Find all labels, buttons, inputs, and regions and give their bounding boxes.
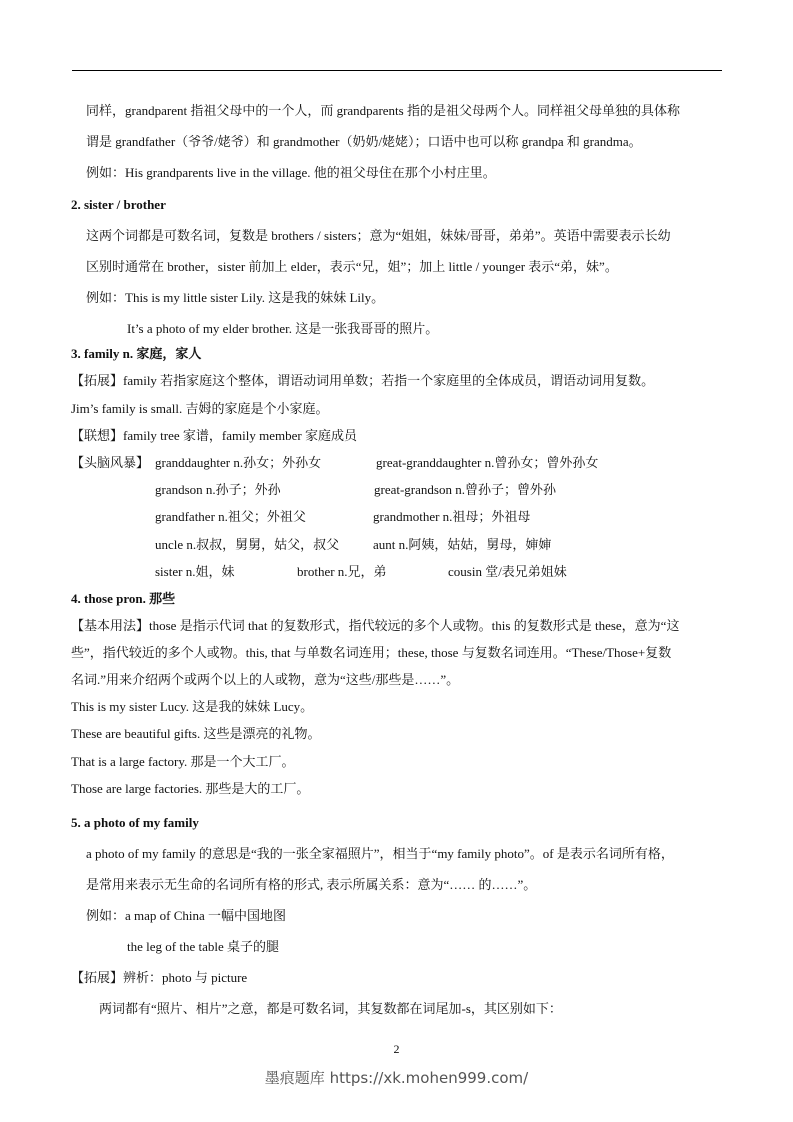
section-3-example: Jim’s family is small. 吉姆的家庭是个小家庭。: [71, 401, 328, 417]
watermark: 墨痕题库 https://xk.mohen999.com/: [0, 1067, 793, 1088]
section-5-line-3: 两词都有“照片、相片”之意，都是可数名词，其复数都在词尾加-s，其区别如下：: [99, 1001, 562, 1017]
brainstorm-item: grandson n.孙子；外孙: [155, 482, 281, 498]
brainstorm-item: aunt n.阿姨，姑姑，舅母，婶婶: [373, 537, 551, 553]
section-4-line-1: 【基本用法】those 是指示代词 that 的复数形式，指代较远的多个人或物。…: [71, 618, 679, 634]
section-4-heading: 4. those pron. 那些: [71, 591, 175, 607]
header-rule: [72, 70, 722, 71]
section-4-example: That is a large factory. 那是一个大工厂。: [71, 754, 294, 770]
intro-line-1: 同样，grandparent 指祖父母中的一个人，而 grandparents …: [86, 103, 680, 119]
brainstorm-item: cousin 堂/表兄弟姐妹: [448, 564, 567, 580]
section-2-example-1: 例如：This is my little sister Lily. 这是我的妹妹…: [86, 290, 384, 306]
brainstorm-item: great-grandson n.曾孙子；曾外孙: [374, 482, 556, 498]
section-4-example: These are beautiful gifts. 这些是漂亮的礼物。: [71, 726, 320, 742]
section-3-association: 【联想】family tree 家谱，family member 家庭成员: [71, 428, 357, 444]
brainstorm-item: sister n.姐，妹: [155, 564, 234, 580]
section-4-line-2: 些”，指代较近的多个人或物。this, that 与单数名词连用；these, …: [71, 645, 671, 661]
section-2-line-1: 这两个词都是可数名词，复数是 brothers / sisters；意为“姐姐，…: [86, 228, 671, 244]
section-3-heading: 3. family n. 家庭，家人: [71, 346, 201, 362]
section-3-expand: 【拓展】family 若指家庭这个整体，谓语动词用单数；若指一个家庭里的全体成员…: [71, 373, 654, 389]
section-2-heading: 2. sister / brother: [71, 197, 166, 213]
section-5-line-2: 是常用来表示无生命的名词所有格的形式, 表示所属关系：意为“…… 的……”。: [86, 877, 536, 893]
intro-example: 例如：His grandparents live in the village.…: [86, 165, 496, 181]
section-4-example: Those are large factories. 那些是大的工厂。: [71, 781, 309, 797]
section-5-line-1: a photo of my family 的意思是“我的一张全家福照片”，相当于…: [86, 846, 674, 862]
brainstorm-item: great-granddaughter n.曾孙女；曾外孙女: [376, 455, 598, 471]
section-2-line-2: 区别时通常在 brother，sister 前加上 elder，表示“兄，姐”；…: [86, 259, 618, 275]
brainstorm-item: brother n.兄，弟: [297, 564, 387, 580]
section-5-expand: 【拓展】辨析：photo 与 picture: [71, 970, 247, 986]
section-2-example-2: It’s a photo of my elder brother. 这是一张我哥…: [127, 321, 438, 337]
section-4-example: This is my sister Lucy. 这是我的妹妹 Lucy。: [71, 699, 313, 715]
section-5-heading: 5. a photo of my family: [71, 815, 199, 831]
brainstorm-item: uncle n.叔叔，舅舅，姑父，叔父: [155, 537, 339, 553]
section-5-example-2: the leg of the table 桌子的腿: [127, 939, 279, 955]
section-5-example-1: 例如：a map of China 一幅中国地图: [86, 908, 286, 924]
brainstorm-item: grandfather n.祖父；外祖父: [155, 509, 306, 525]
brainstorm-item: granddaughter n.孙女；外孙女: [155, 455, 321, 471]
brainstorm-item: grandmother n.祖母；外祖母: [373, 509, 530, 525]
intro-line-2: 谓是 grandfather（爷爷/姥爷）和 grandmother（奶奶/姥姥…: [86, 134, 642, 150]
brainstorm-label: 【头脑风暴】: [71, 455, 149, 471]
section-4-line-3: 名词.”用来介绍两个或两个以上的人或物，意为“这些/那些是……”。: [71, 672, 459, 688]
page-number: 2: [0, 1042, 793, 1057]
